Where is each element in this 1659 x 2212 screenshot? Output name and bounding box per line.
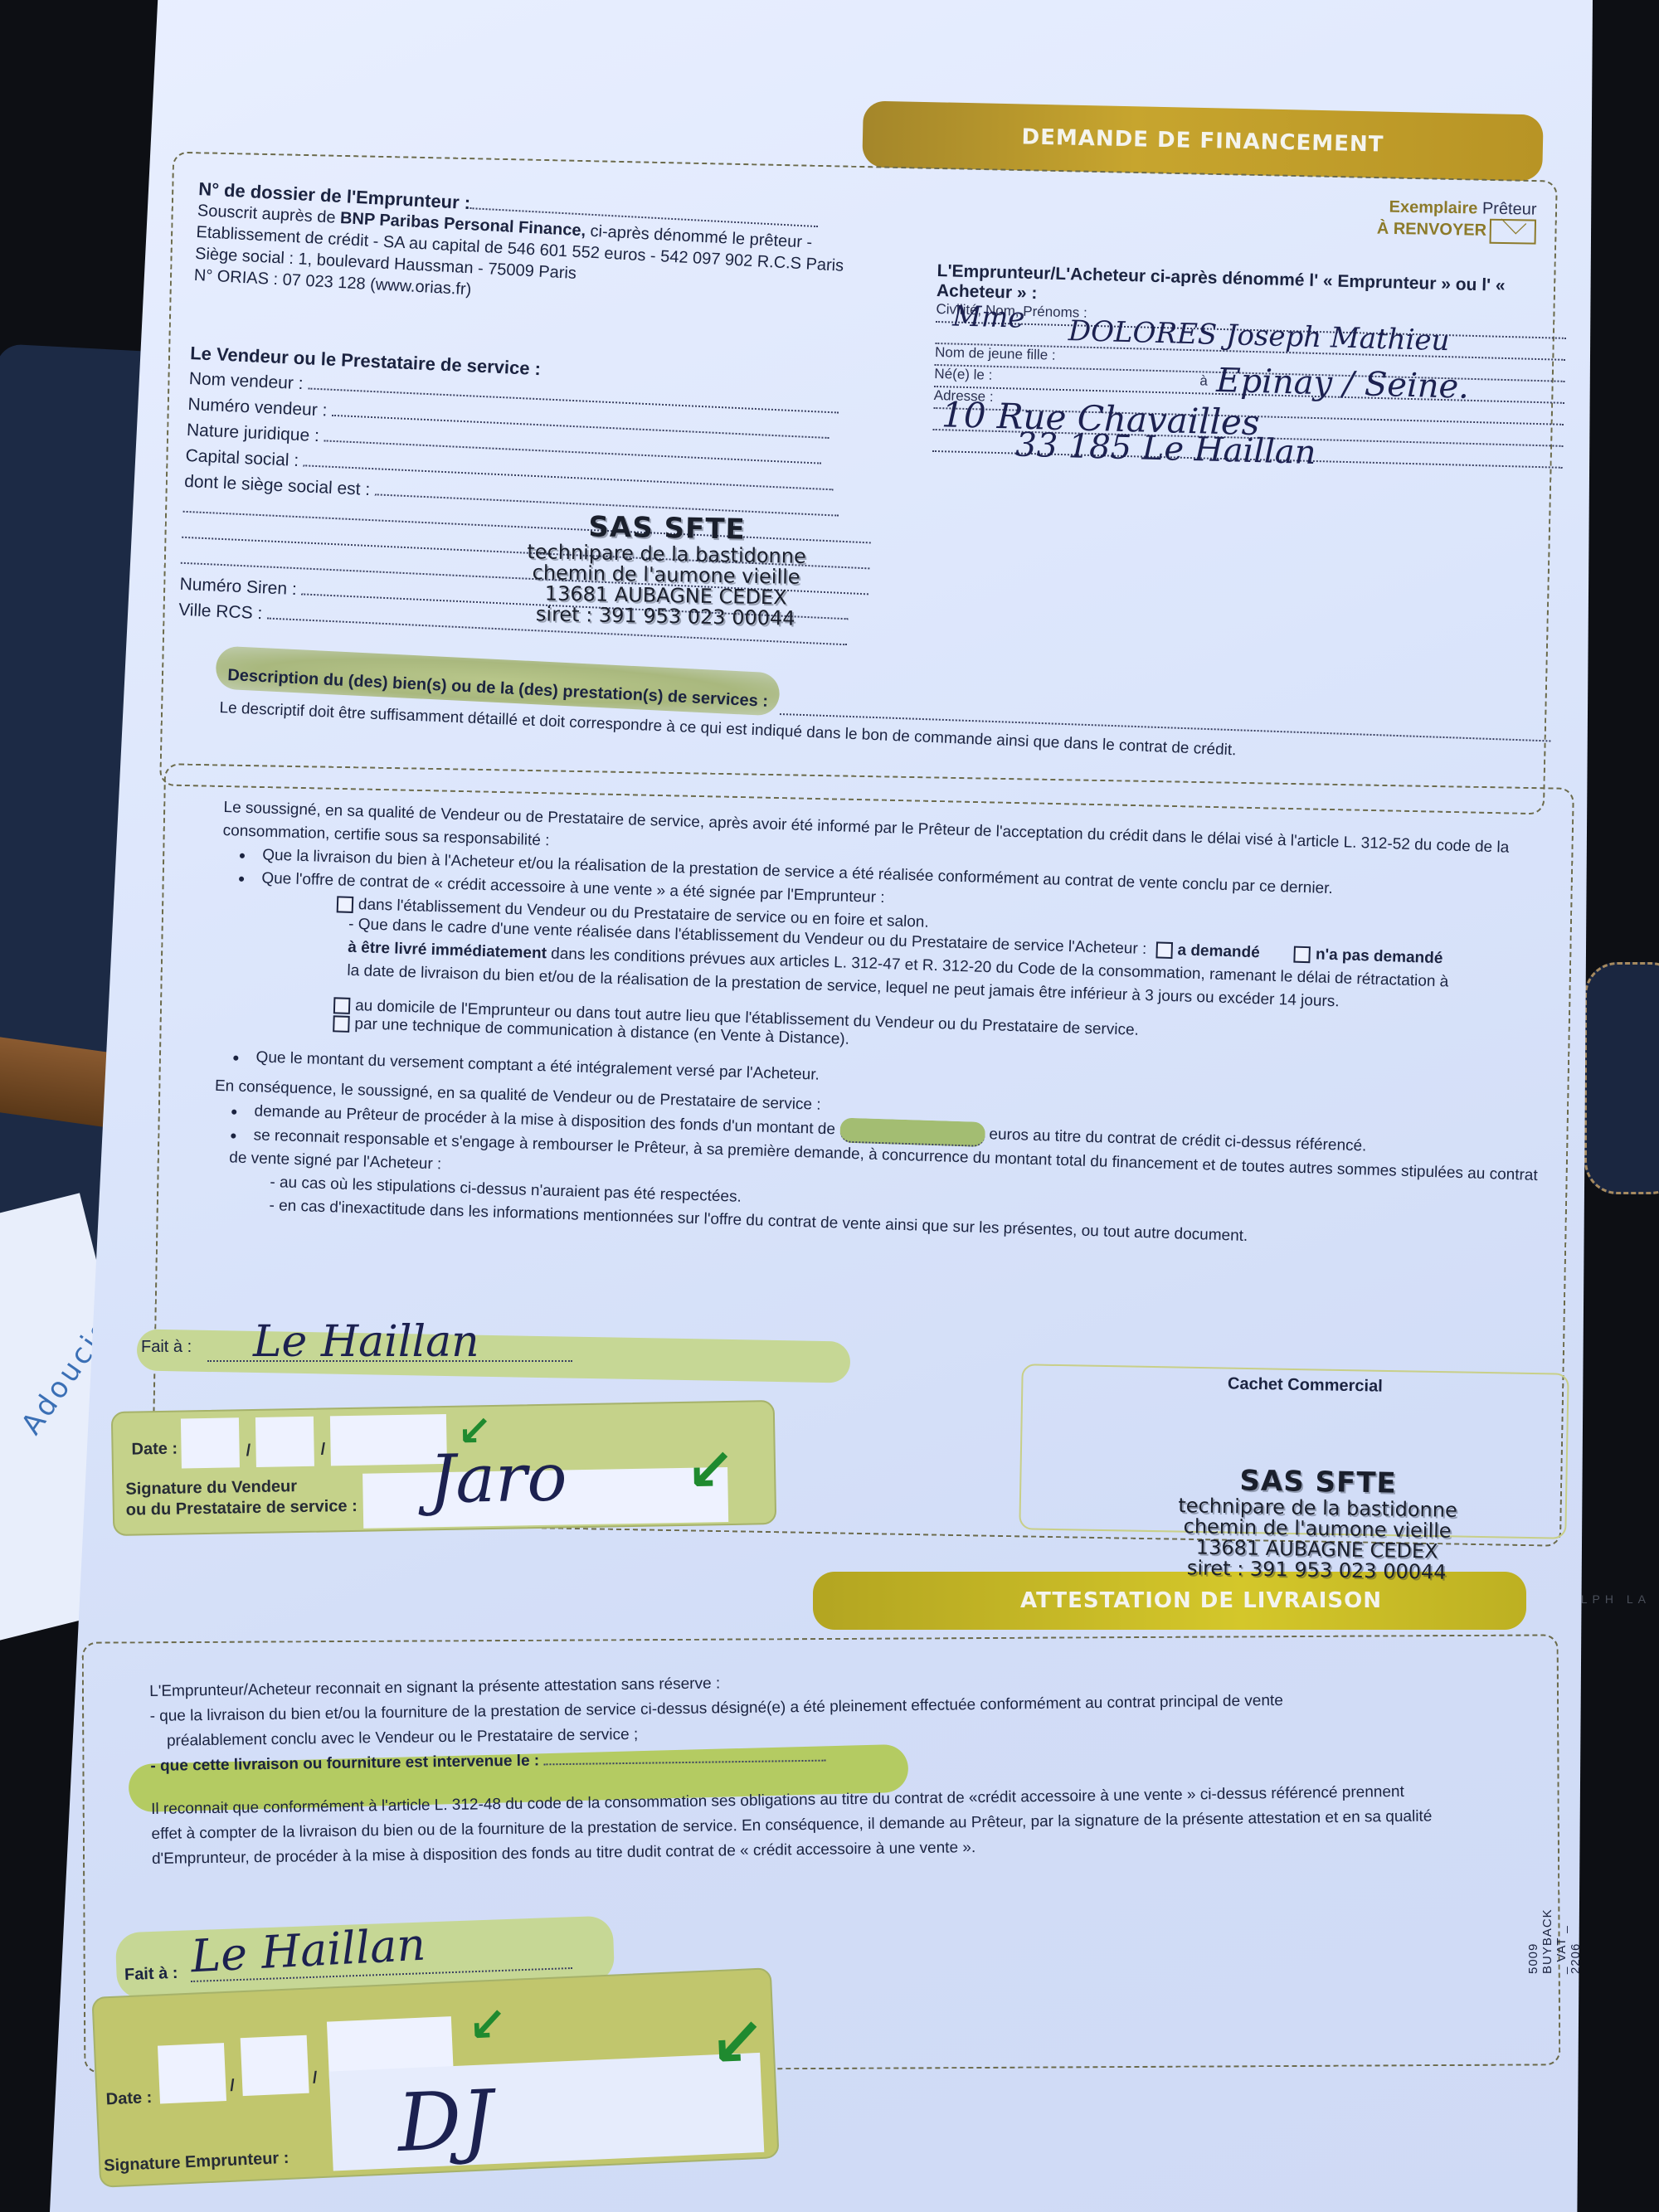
borrower-place-label: Fait à :	[124, 1963, 178, 1985]
attestation-line-3: - que cette livraison ou fourniture est …	[150, 1752, 539, 1775]
header-banner-title: DEMANDE DE FINANCEMENT	[1021, 124, 1384, 157]
stamp-line-4: siret : 391 953 023 00044	[1177, 1558, 1457, 1583]
address-line-2-value: 33 185 Le Haillan	[1015, 426, 1316, 472]
siren-label: Numéro Siren :	[179, 575, 297, 599]
birth-date-label: Né(e) le :	[934, 366, 992, 383]
distance-checkbox[interactable]	[333, 1015, 350, 1033]
arrow-down-left-icon: ↙	[467, 1997, 508, 2053]
date-separator: /	[312, 2068, 318, 2088]
borrower-section: L'Emprunteur/L'Acheteur ci-après dénommé…	[932, 261, 1568, 469]
legal-nature-label: Nature juridique :	[187, 421, 320, 445]
borrower-signature-label: Signature Emprunteur :	[104, 2148, 289, 2177]
date-separator: /	[246, 1441, 251, 1461]
attestation-banner-title: ATTESTATION DE LIVRAISON	[1020, 1588, 1382, 1613]
borrower-date-month[interactable]	[241, 2035, 309, 2096]
vendor-stamp: SAS SFTE technipare de la bastidonne che…	[526, 512, 807, 630]
commercial-stamp: SAS SFTE technipare de la bastidonne che…	[1177, 1466, 1458, 1583]
vendor-date-month[interactable]	[255, 1417, 314, 1467]
not-requested-checkbox[interactable]	[1294, 946, 1311, 964]
stamp-line-4: siret : 391 953 023 00044	[526, 604, 805, 630]
form-paper: DEMANDE DE FINANCEMENT Exemplaire Prêteu…	[50, 0, 1593, 2212]
delivery-date-field[interactable]	[543, 1750, 825, 1766]
date-separator: /	[320, 1439, 325, 1460]
birth-place-prefix: à	[1199, 372, 1208, 389]
maiden-name-label: Nom de jeune fille :	[935, 344, 1056, 363]
share-capital-label: Capital social :	[185, 446, 299, 470]
borrower-signature-panel: Date : / / ↙ ↙ Signature Emprunteur : DJ	[91, 1967, 779, 2188]
form-code: 5009 BUYBACK _ VAT _ 2206	[1526, 1908, 1583, 1974]
not-requested-label: n'a pas demandé	[1316, 946, 1443, 967]
vendor-signature-value: Jaro	[428, 1438, 567, 1518]
borrower-signature-value: DJ	[396, 2073, 495, 2170]
vendor-place-label: Fait à :	[141, 1337, 192, 1357]
attestation-text: L'Emprunteur/Acheteur reconnait en signa…	[149, 1661, 1433, 1872]
borrower-signature-field[interactable]	[329, 2053, 765, 2171]
date-separator: /	[230, 2076, 236, 2097]
arrow-down-left-icon: ↙	[685, 1436, 735, 1505]
borrower-date-label: Date :	[105, 2088, 153, 2110]
rcs-city-label: Ville RCS :	[178, 600, 263, 624]
vendor-number-label: Numéro vendeur :	[187, 395, 328, 421]
commercial-stamp-title: Cachet Commercial	[1228, 1373, 1383, 1396]
vendor-date-day[interactable]	[181, 1417, 240, 1468]
establishment-checkbox[interactable]	[337, 896, 354, 913]
vendor-name-label: Nom vendeur :	[188, 369, 304, 393]
arrow-down-left-icon: ↙	[708, 2003, 766, 2083]
vendor-place-value: Le Haillan	[253, 1317, 479, 1367]
vendor-date-label: Date :	[131, 1439, 178, 1461]
requested-label: a demandé	[1177, 941, 1260, 961]
immediate-delivery-bold: à être livré immédiatement	[348, 939, 547, 963]
background-pouch	[1584, 962, 1659, 1194]
vendor-signature-label: Signature du Vendeurou du Prestataire de…	[125, 1475, 358, 1521]
requested-checkbox[interactable]	[1155, 941, 1173, 959]
borrower-date-day[interactable]	[158, 2043, 226, 2103]
certification-text: Le soussigné, en sa qualité de Vendeur o…	[211, 796, 1548, 1257]
vendor-signature-panel: Date : / / ↙ Signature du Vendeurou du P…	[111, 1400, 776, 1536]
